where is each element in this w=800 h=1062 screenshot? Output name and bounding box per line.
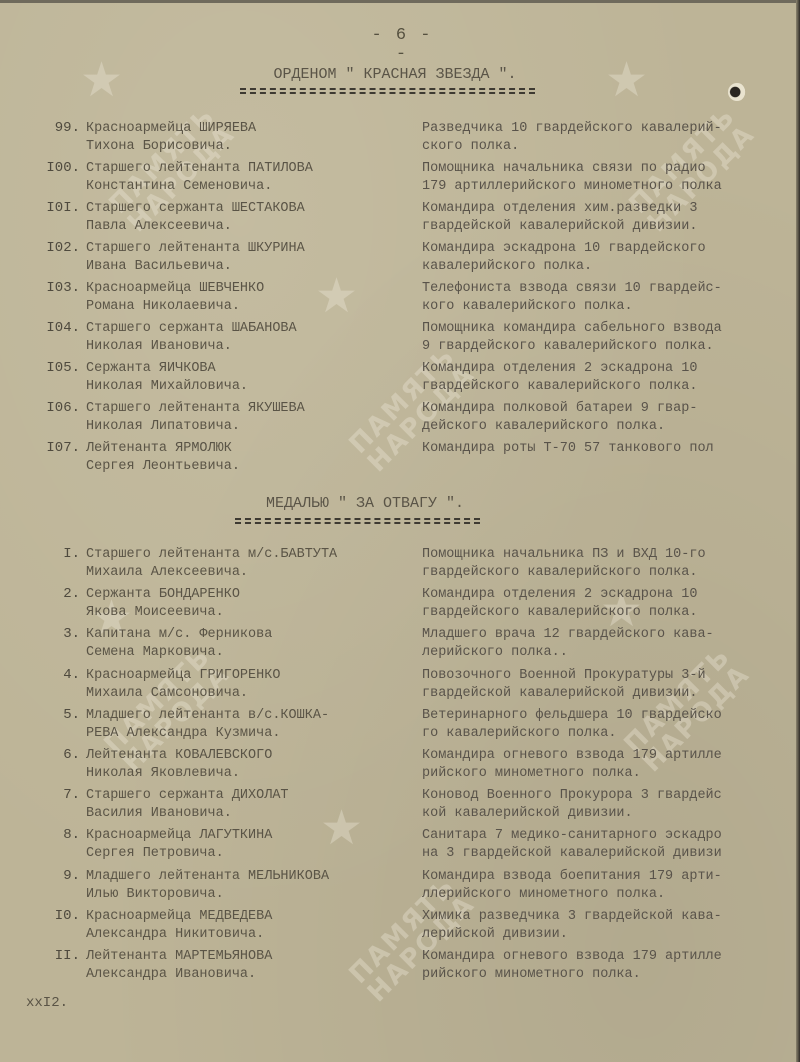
awardee-name: Старшего лейтенанта ПАТИЛОВА Константина…: [86, 160, 416, 196]
awardee-position: Командира огневого взвода 179 артилле ри…: [422, 747, 800, 783]
entry-number: 2.: [30, 586, 80, 602]
section-underline: [240, 88, 535, 94]
awardee-position: Младшего врача 12 гвардейского кава- лер…: [422, 626, 800, 662]
awardee-position: Командира взвода боепитания 179 арти- лл…: [422, 868, 800, 904]
entry-number: I0I.: [30, 200, 80, 216]
awardee-position: Командира огневого взвода 179 артилле ри…: [422, 948, 800, 984]
awardee-name: Старшего сержанта ШЕСТАКОВА Павла Алексе…: [86, 200, 416, 236]
list-item: I07.Лейтенанта ЯРМОЛЮК Сергея Леонтьевич…: [0, 440, 800, 480]
entry-number: I.: [30, 546, 80, 562]
list-item: I02.Старшего лейтенанта ШКУРИНА Ивана Ва…: [0, 240, 800, 280]
awardee-position: Помощника командира сабельного взвода 9 …: [422, 320, 800, 356]
list-item: I04.Старшего сержанта ШАБАНОВА Николая И…: [0, 320, 800, 360]
list-item: 4.Красноармейца ГРИГОРЕНКО Михаила Самсо…: [0, 667, 800, 707]
awardee-name: Младшего лейтенанта МЕЛЬНИКОВА Илью Викт…: [86, 868, 416, 904]
awardee-name: Старшего сержанта ДИХОЛАТ Василия Иванов…: [86, 787, 416, 823]
entry-number: 6.: [30, 747, 80, 763]
entry-number: I02.: [30, 240, 80, 256]
awardee-position: Командира отделения хим.разведки 3 гвард…: [422, 200, 800, 236]
awardee-name: Сержанта ЯИЧКОВА Николая Михайловича.: [86, 360, 416, 396]
entry-number: 99.: [30, 120, 80, 136]
watermark-star-icon: ★: [605, 52, 648, 108]
awardee-position: Командира отделения 2 эскадрона 10 гвард…: [422, 360, 800, 396]
awardee-position: Командира роты Т-70 57 танкового пол: [422, 440, 800, 458]
paper-edge-top: [0, 0, 800, 3]
awardee-position: Химика разведчика 3 гвардейской кава- ле…: [422, 908, 800, 944]
watermark-star-icon: ★: [80, 52, 123, 108]
section-underline: [235, 518, 480, 524]
entry-number: 9.: [30, 868, 80, 884]
entry-number: I07.: [30, 440, 80, 456]
awardee-position: Коновод Военного Прокурора 3 гвардейс ко…: [422, 787, 800, 823]
list-item: 6.Лейтенанта КОВАЛЕВСКОГО Николая Яковле…: [0, 747, 800, 787]
list-item: 99.Красноармейца ШИРЯЕВА Тихона Борисови…: [0, 120, 800, 160]
awardee-name: Лейтенанта ЯРМОЛЮК Сергея Леонтьевича.: [86, 440, 416, 476]
awardee-position: Разведчика 10 гвардейского кавалерий- ск…: [422, 120, 800, 156]
awardee-name: Лейтенанта МАРТЕМЬЯНОВА Александра Ивано…: [86, 948, 416, 984]
awardee-position: Телефониста взвода связи 10 гвардейс- ко…: [422, 280, 800, 316]
awardee-name: Старшего лейтенанта ШКУРИНА Ивана Василь…: [86, 240, 416, 276]
awardee-position: Санитара 7 медико-санитарного эскадро на…: [422, 827, 800, 863]
entry-number: 4.: [30, 667, 80, 683]
awardee-name: Капитана м/с. Ферникова Семена Марковича…: [86, 626, 416, 662]
list-item: I05.Сержанта ЯИЧКОВА Николая Михайловича…: [0, 360, 800, 400]
awardee-name: Красноармейца МЕДВЕДЕВА Александра Никит…: [86, 908, 416, 944]
list-item: I00.Старшего лейтенанта ПАТИЛОВА Констан…: [0, 160, 800, 200]
list-item: 9.Младшего лейтенанта МЕЛЬНИКОВА Илью Ви…: [0, 868, 800, 908]
awardee-name: Красноармейца ШИРЯЕВА Тихона Борисовича.: [86, 120, 416, 156]
entry-number: 8.: [30, 827, 80, 843]
awardee-position: Командира эскадрона 10 гвардейского кава…: [422, 240, 800, 276]
entry-number: I06.: [30, 400, 80, 416]
awardee-name: Старшего лейтенанта м/с.БАВТУТА Михаила …: [86, 546, 416, 582]
awardee-position: Помощника начальника связи по радио 179 …: [422, 160, 800, 196]
list-item: II.Лейтенанта МАРТЕМЬЯНОВА Александра Ив…: [0, 948, 800, 988]
list-item: I06.Старшего лейтенанта ЯКУШЕВА Николая …: [0, 400, 800, 440]
list-item: 5.Младшего лейтенанта в/с.КОШКА- РЕВА Ал…: [0, 707, 800, 747]
awardee-position: Повозочного Военной Прокуратуры 3-й гвар…: [422, 667, 800, 703]
entry-number: I04.: [30, 320, 80, 336]
awardee-name: Старшего лейтенанта ЯКУШЕВА Николая Липа…: [86, 400, 416, 436]
awardee-name: Старшего сержанта ШАБАНОВА Николая Ивано…: [86, 320, 416, 356]
document-page: ★ ПАМЯТЬ НАРОДА ★ ПАМЯТЬ НАРОДА ★ ПАМЯТЬ…: [0, 0, 800, 1062]
awardee-name: Красноармейца ГРИГОРЕНКО Михаила Самсоно…: [86, 667, 416, 703]
list-item: I0I.Старшего сержанта ШЕСТАКОВА Павла Ал…: [0, 200, 800, 240]
entries-for-courage: I.Старшего лейтенанта м/с.БАВТУТА Михаил…: [0, 546, 800, 988]
list-item: I0.Красноармейца МЕДВЕДЕВА Александра Ни…: [0, 908, 800, 948]
entry-number: 5.: [30, 707, 80, 723]
entry-number: I0.: [30, 908, 80, 924]
footer-mark: ххI2.: [26, 995, 68, 1011]
entry-number: I05.: [30, 360, 80, 376]
entry-number: 7.: [30, 787, 80, 803]
entry-number: I03.: [30, 280, 80, 296]
entries-red-star: 99.Красноармейца ШИРЯЕВА Тихона Борисови…: [0, 120, 800, 480]
page-number: - 6 - -: [362, 26, 442, 64]
awardee-position: Ветеринарного фельдшера 10 гвардейско го…: [422, 707, 800, 743]
entry-number: II.: [30, 948, 80, 964]
list-item: 8.Красноармейца ЛАГУТКИНА Сергея Петрови…: [0, 827, 800, 867]
awardee-position: Командира полковой батареи 9 гвар- дейск…: [422, 400, 800, 436]
entry-number: 3.: [30, 626, 80, 642]
list-item: I03.Красноармейца ШЕВЧЕНКО Романа Никола…: [0, 280, 800, 320]
awardee-name: Красноармейца ШЕВЧЕНКО Романа Николаевич…: [86, 280, 416, 316]
punch-hole: [728, 83, 746, 101]
list-item: 3.Капитана м/с. Ферникова Семена Маркови…: [0, 626, 800, 666]
list-item: 2.Сержанта БОНДАРЕНКО Якова Моисеевича.К…: [0, 586, 800, 626]
list-item: I.Старшего лейтенанта м/с.БАВТУТА Михаил…: [0, 546, 800, 586]
awardee-name: Младшего лейтенанта в/с.КОШКА- РЕВА Алек…: [86, 707, 416, 743]
awardee-position: Командира отделения 2 эскадрона 10 гвард…: [422, 586, 800, 622]
section-title-red-star: ОРДЕНОМ " КРАСНАЯ ЗВЕЗДА ".: [245, 66, 545, 83]
awardee-name: Красноармейца ЛАГУТКИНА Сергея Петровича…: [86, 827, 416, 863]
awardee-name: Сержанта БОНДАРЕНКО Якова Моисеевича.: [86, 586, 416, 622]
entry-number: I00.: [30, 160, 80, 176]
section-title-for-courage: МЕДАЛЬЮ " ЗА ОТВАГУ ".: [250, 495, 480, 512]
awardee-name: Лейтенанта КОВАЛЕВСКОГО Николая Яковлеви…: [86, 747, 416, 783]
list-item: 7.Старшего сержанта ДИХОЛАТ Василия Иван…: [0, 787, 800, 827]
awardee-position: Помощника начальника ПЗ и ВХД 10-го гвар…: [422, 546, 800, 582]
